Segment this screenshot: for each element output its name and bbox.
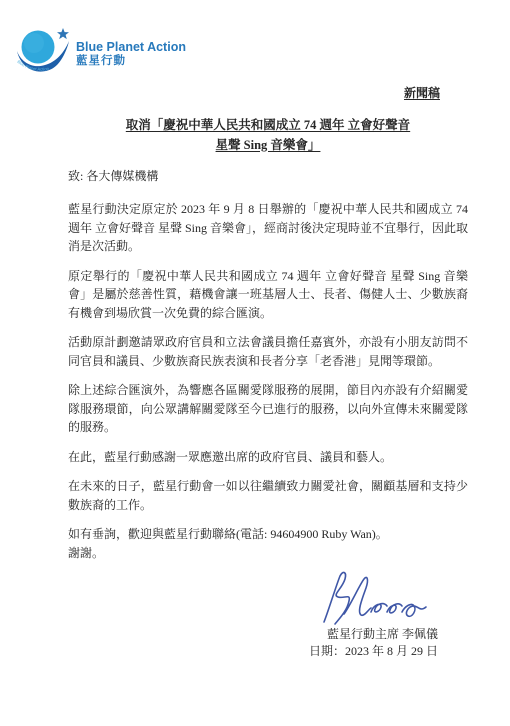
handwritten-signature <box>316 568 428 626</box>
signature-block: 藍星行動主席 李佩儀 日期：2023 年 8 月 29 日 <box>68 568 468 660</box>
org-wordmark: Blue Planet Action 藍星行動 <box>76 40 186 68</box>
release-type-label: 新聞稿 <box>404 86 440 100</box>
paragraph-4: 除上述綜合匯演外，為響應各區關愛隊服務的展開，節目內亦設有介紹關愛隊服務環節，向… <box>68 381 468 437</box>
org-name-en: Blue Planet Action <box>76 40 186 54</box>
document-title-line1: 取消「慶祝中華人民共和國成立 74 週年 立會好聲音 <box>126 118 410 132</box>
org-logo: Blue Planet Action Blue Planet Action 藍星… <box>14 26 186 74</box>
paragraph-1: 藍星行動決定原定於 2023 年 9 月 8 日舉辦的「慶祝中華人民共和國成立 … <box>68 200 468 256</box>
org-name-zh: 藍星行動 <box>76 54 186 68</box>
paragraph-6: 在未來的日子，藍星行動會一如以往繼續致力關愛社會，關顧基層和支持少數族裔的工作。 <box>68 477 468 514</box>
document-body: 致: 各大傳媒機構 藍星行動決定原定於 2023 年 9 月 8 日舉辦的「慶祝… <box>0 167 510 660</box>
planet-orbit-star-icon: Blue Planet Action <box>14 26 72 74</box>
letterhead: Blue Planet Action Blue Planet Action 藍星… <box>0 0 510 74</box>
signer-title: 藍星行動主席 李佩儀 <box>68 626 438 643</box>
paragraph-thanks: 謝謝。 <box>68 544 468 563</box>
paragraph-contact: 如有垂詢，歡迎與藍星行動聯絡(電話: 94604900 Ruby Wan)。 <box>68 525 468 544</box>
paragraph-3: 活動原計劃邀請眾政府官員和立法會議員擔任嘉賓外，亦設有小朋友訪問不同官員和議員、… <box>68 333 468 370</box>
paragraph-5: 在此，藍星行動感謝一眾應邀出席的政府官員、議員和藝人。 <box>68 448 468 467</box>
press-release-page: Blue Planet Action Blue Planet Action 藍星… <box>0 0 510 726</box>
salutation: 致: 各大傳媒機構 <box>68 167 468 185</box>
document-title: 取消「慶祝中華人民共和國成立 74 週年 立會好聲音 星聲 Sing 音樂會」 <box>0 116 510 155</box>
release-label-row: 新聞稿 <box>0 84 510 102</box>
star-icon <box>57 28 69 39</box>
document-title-line2: 星聲 Sing 音樂會」 <box>216 138 321 152</box>
date-line: 日期：2023 年 8 月 29 日 <box>68 643 438 660</box>
paragraph-2: 原定舉行的「慶祝中華人民共和國成立 74 週年 立會好聲音 星聲 Sing 音樂… <box>68 267 468 323</box>
